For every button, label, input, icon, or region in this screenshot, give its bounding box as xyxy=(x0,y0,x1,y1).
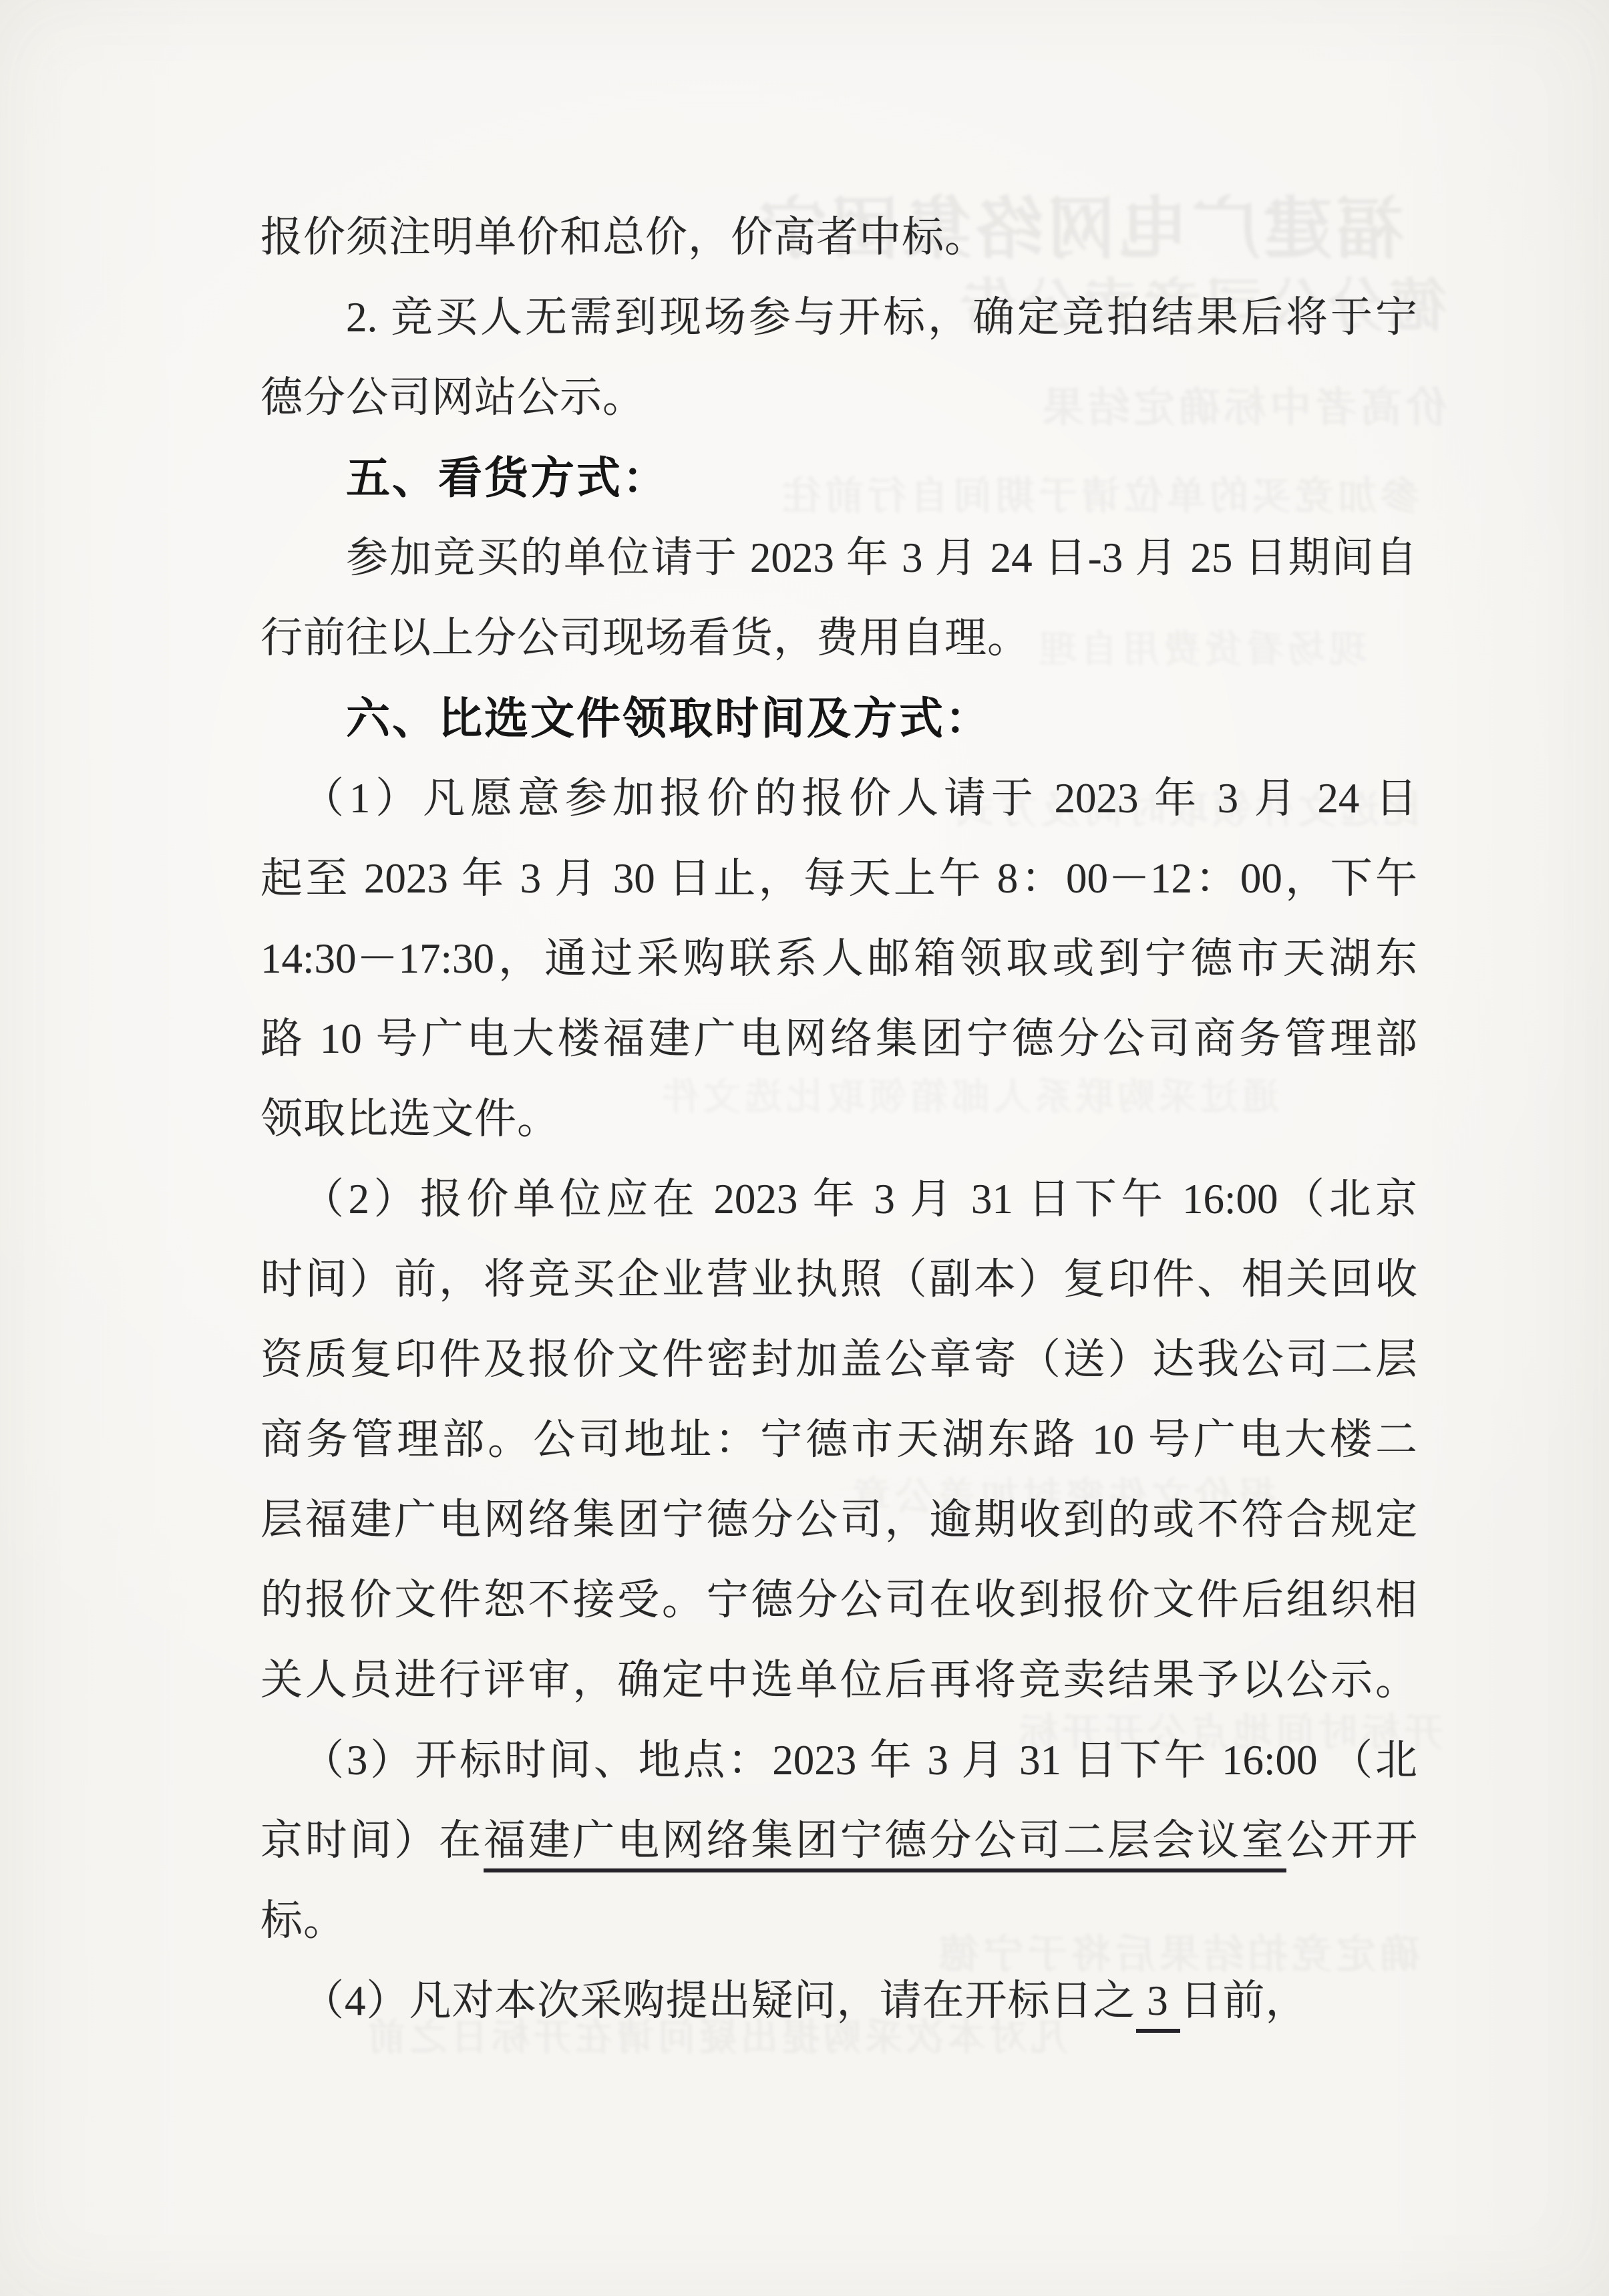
underlined-text: 福建广电网络集团宁德分公司二层会议室 xyxy=(484,1817,1286,1872)
text-line: 路 10 号广电大楼福建广电网络集团宁德分公司商务管理部 xyxy=(260,999,1417,1079)
text-segment: 2. 竞买人无需到现场参与开标，确定竞拍结果后将于宁 xyxy=(346,294,1417,341)
text-segment: 时间）前，将竞买企业营业执照（副本）复印件、相关回收 xyxy=(260,1256,1417,1303)
text-segment: 商务管理部。公司地址：宁德市天湖东路 10 号广电大楼二 xyxy=(260,1416,1417,1463)
text-line: 参加竞买的单位请于 2023 年 3 月 24 日-3 月 25 日期间自 xyxy=(260,518,1417,598)
text-line: 14:30－17:30，通过采购联系人邮箱领取或到宁德市天湖东 xyxy=(260,919,1417,999)
text-line: （1）凡愿意参加报价的报价人请于 2023 年 3 月 24 日 xyxy=(260,758,1417,838)
text-segment: （2）报价单位应在 2023 年 3 月 31 日下午 16:00（北京 xyxy=(302,1176,1417,1222)
text-line: （3）开标时间、地点：2023 年 3 月 31 日下午 16:00 （北 xyxy=(260,1720,1417,1800)
text-segment: 标。 xyxy=(260,1897,346,1944)
heading-line: 六、比选文件领取时间及方式： xyxy=(260,678,1417,758)
text-line: 报价须注明单价和总价，价高者中标。 xyxy=(260,197,1417,277)
text-segment: 德分公司网站公示。 xyxy=(260,374,645,421)
text-segment: 资质复印件及报价文件密封加盖公章寄（送）达我公司二层 xyxy=(260,1336,1417,1383)
text-line: 领取比选文件。 xyxy=(260,1079,1417,1159)
document-text: 报价须注明单价和总价，价高者中标。2. 竞买人无需到现场参与开标，确定竞拍结果后… xyxy=(260,197,1417,2041)
text-line: 关人员进行评审，确定中选单位后再将竞卖结果予以公示。 xyxy=(260,1640,1417,1720)
text-line: 2. 竞买人无需到现场参与开标，确定竞拍结果后将于宁 xyxy=(260,277,1417,357)
text-line: 起至 2023 年 3 月 30 日止，每天上午 8：00－12：00，下午 xyxy=(260,838,1417,919)
text-segment: 行前往以上分公司现场看货，费用自理。 xyxy=(260,615,1030,661)
text-segment: 六、比选文件领取时间及方式： xyxy=(346,693,991,743)
text-segment: 领取比选文件。 xyxy=(260,1096,560,1142)
text-line: 行前往以上分公司现场看货，费用自理。 xyxy=(260,598,1417,678)
text-segment: 日前， xyxy=(1180,1977,1308,2024)
text-segment: 的报价文件恕不接受。宁德分公司在收到报价文件后组织相 xyxy=(260,1577,1417,1623)
text-segment: 参加竞买的单位请于 2023 年 3 月 24 日-3 月 25 日期间自 xyxy=(346,534,1417,581)
text-line: （2）报价单位应在 2023 年 3 月 31 日下午 16:00（北京 xyxy=(260,1159,1417,1239)
text-segment: 报价须注明单价和总价，价高者中标。 xyxy=(260,214,987,261)
text-line: 标。 xyxy=(260,1880,1417,1961)
text-line: 时间）前，将竞买企业营业执照（副本）复印件、相关回收 xyxy=(260,1239,1417,1319)
text-line: 商务管理部。公司地址：宁德市天湖东路 10 号广电大楼二 xyxy=(260,1400,1417,1480)
text-segment: 京时间）在 xyxy=(260,1817,484,1864)
text-segment: 公开开 xyxy=(1286,1817,1418,1864)
document-page: 福建广电网络集团宁德分公司竞卖公告价高者中标确定结果参加竞买的单位请于期间自行前… xyxy=(0,0,1609,2296)
text-segment: 关人员进行评审，确定中选单位后再将竞卖结果予以公示。 xyxy=(260,1657,1417,1703)
text-line: 的报价文件恕不接受。宁德分公司在收到报价文件后组织相 xyxy=(260,1560,1417,1640)
text-segment: 五、看货方式： xyxy=(346,453,669,502)
text-line: （4）凡对本次采购提出疑问，请在开标日之 3 日前， xyxy=(260,1961,1417,2041)
text-segment: 14:30－17:30，通过采购联系人邮箱领取或到宁德市天湖东 xyxy=(260,935,1417,982)
heading-line: 五、看货方式： xyxy=(260,438,1417,518)
text-line: 京时间）在福建广电网络集团宁德分公司二层会议室公开开 xyxy=(260,1800,1417,1880)
text-segment: 路 10 号广电大楼福建广电网络集团宁德分公司商务管理部 xyxy=(260,1015,1417,1062)
text-line: 层福建广电网络集团宁德分公司，逾期收到的或不符合规定 xyxy=(260,1480,1417,1560)
text-segment: （3）开标时间、地点：2023 年 3 月 31 日下午 16:00 （北 xyxy=(302,1737,1417,1784)
text-segment: （4）凡对本次采购提出疑问，请在开标日之 xyxy=(302,1977,1136,2024)
underlined-text: 3 xyxy=(1136,1977,1180,2033)
text-segment: （1）凡愿意参加报价的报价人请于 2023 年 3 月 24 日 xyxy=(302,775,1417,822)
text-segment: 层福建广电网络集团宁德分公司，逾期收到的或不符合规定 xyxy=(260,1496,1417,1543)
text-line: 资质复印件及报价文件密封加盖公章寄（送）达我公司二层 xyxy=(260,1319,1417,1400)
text-line: 德分公司网站公示。 xyxy=(260,357,1417,438)
text-segment: 起至 2023 年 3 月 30 日止，每天上午 8：00－12：00，下午 xyxy=(260,855,1417,902)
